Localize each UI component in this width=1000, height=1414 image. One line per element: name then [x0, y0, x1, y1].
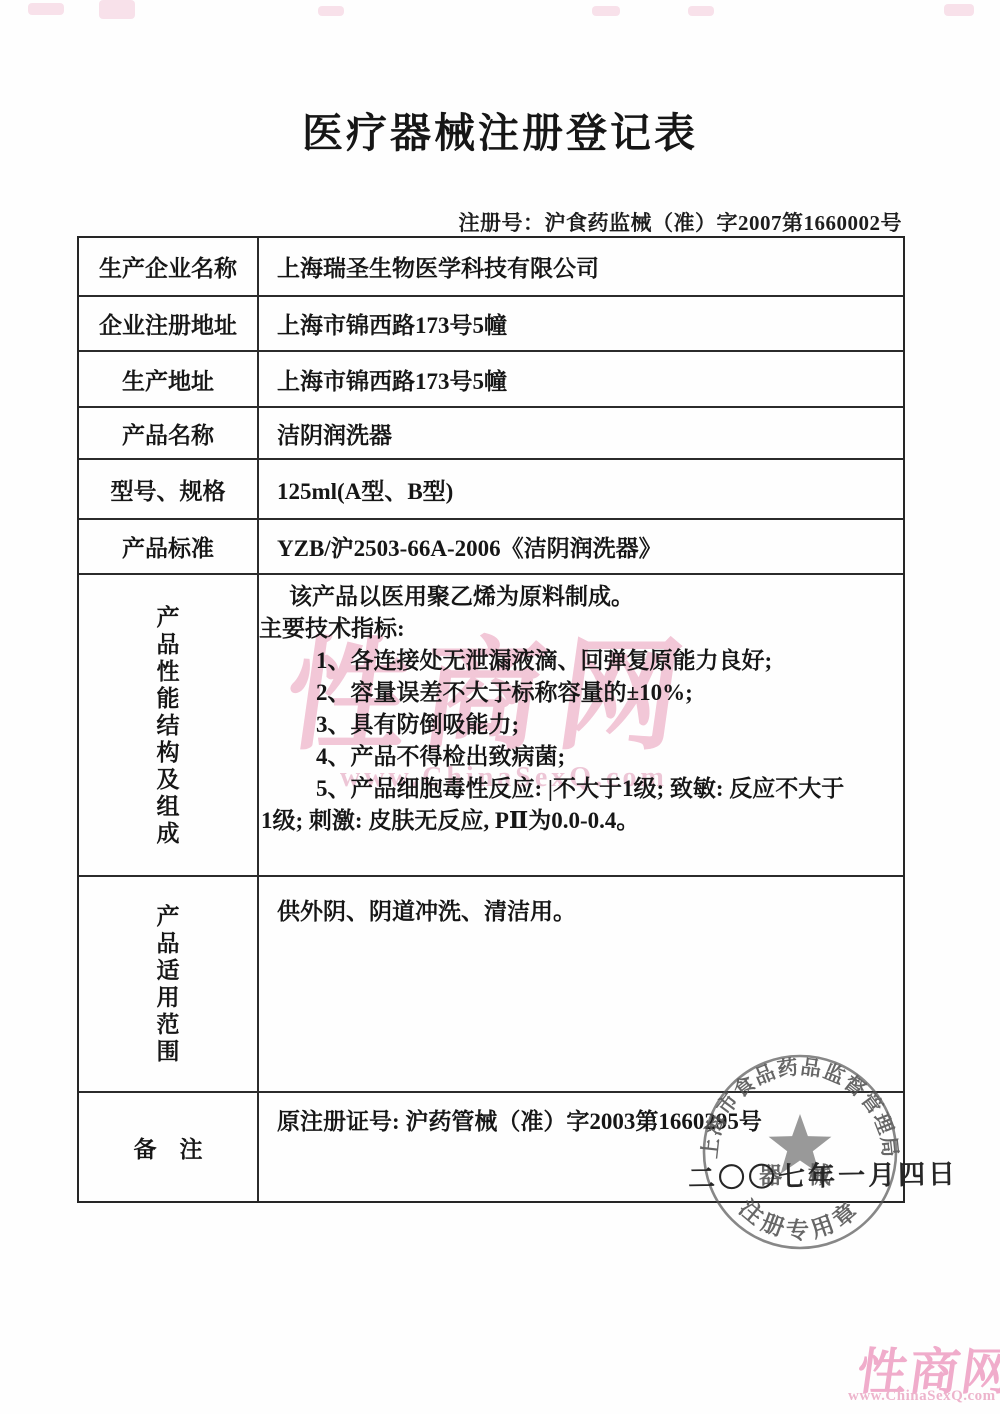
performance-line: 5、产品细胞毒性反应: |不大于1级; 致敏: 反应不大于: [259, 773, 893, 805]
row-label-remark: 备 注: [79, 1093, 259, 1201]
scan-artifact-pink: [688, 6, 714, 16]
scan-artifact-pink: [592, 6, 620, 16]
row-label-production-address: 生产地址: [79, 352, 259, 406]
scan-artifact-pink: [318, 6, 344, 16]
row-label-model-spec: 型号、规格: [79, 460, 259, 518]
row-value-product-standard: YZB/沪2503-66A-2006《洁阴润洗器》: [259, 520, 903, 573]
row-label-manufacturer: 生产企业名称: [79, 238, 259, 295]
official-stamp: 上海市食品药品监督管理局 器 械 注册专用章: [675, 1027, 925, 1277]
row-value-model-spec: 125ml(A型、B型): [259, 460, 903, 518]
performance-line: 3、具有防倒吸能力;: [259, 709, 893, 741]
performance-line: 4、产品不得检出致病菌;: [259, 741, 893, 773]
performance-line: 该产品以医用聚乙烯为原料制成。: [259, 581, 893, 613]
row-label-scope: 产品适用范围: [79, 877, 259, 1091]
table-row: 生产地址 上海市锦西路173号5幢: [79, 350, 903, 406]
row-label-product-name: 产品名称: [79, 408, 259, 458]
scan-artifact-pink: [28, 3, 64, 15]
row-value-production-address: 上海市锦西路173号5幢: [259, 352, 903, 406]
table-row: 产品标准 YZB/沪2503-66A-2006《洁阴润洗器》: [79, 518, 903, 573]
watermark-url-corner: www.ChinaSexQ.com: [848, 1388, 996, 1405]
scan-artifact-pink: [99, 0, 135, 19]
performance-line: 1、各连接处无泄漏液滴、回弹复原能力良好;: [259, 645, 893, 677]
page-title: 医疗器械注册登记表: [0, 100, 1000, 159]
performance-line: 主要技术指标:: [259, 613, 893, 645]
table-row-performance: 产品性能结构及组成 该产品以医用聚乙烯为原料制成。 主要技术指标: 1、各连接处…: [79, 573, 903, 875]
row-value-product-name: 洁阴润洗器: [259, 408, 903, 458]
registration-number-line: 注册号：沪食药监械（准）字2007第1660002号: [459, 207, 903, 237]
table-row: 生产企业名称 上海瑞圣生物医学科技有限公司: [79, 238, 903, 295]
row-value-performance: 该产品以医用聚乙烯为原料制成。 主要技术指标: 1、各连接处无泄漏液滴、回弹复原…: [259, 575, 903, 875]
scan-artifact-pink: [944, 4, 974, 16]
row-label-product-standard: 产品标准: [79, 520, 259, 573]
row-label-registered-address: 企业注册地址: [79, 297, 259, 350]
performance-line: 1级; 刺激: 皮肤无反应, PⅡ为0.0-0.4。: [261, 805, 893, 837]
row-value-manufacturer: 上海瑞圣生物医学科技有限公司: [259, 238, 903, 295]
row-label-performance: 产品性能结构及组成: [79, 575, 259, 875]
stamp-date: 二〇〇七年一月四日: [688, 1151, 989, 1195]
table-row: 型号、规格 125ml(A型、B型): [79, 458, 903, 518]
row-label-performance-text: 产品性能结构及组成: [157, 604, 180, 847]
performance-line: 2、容量误差不大于标称容量的±10%;: [259, 677, 893, 709]
table-row: 企业注册地址 上海市锦西路173号5幢: [79, 295, 903, 350]
row-label-scope-text: 产品适用范围: [157, 903, 180, 1065]
row-value-registered-address: 上海市锦西路173号5幢: [259, 297, 903, 350]
table-row: 产品名称 洁阴润洗器: [79, 406, 903, 458]
registration-number-value: 沪食药监械（准）字2007第1660002号: [545, 211, 903, 235]
registration-number-label: 注册号：: [459, 211, 545, 235]
